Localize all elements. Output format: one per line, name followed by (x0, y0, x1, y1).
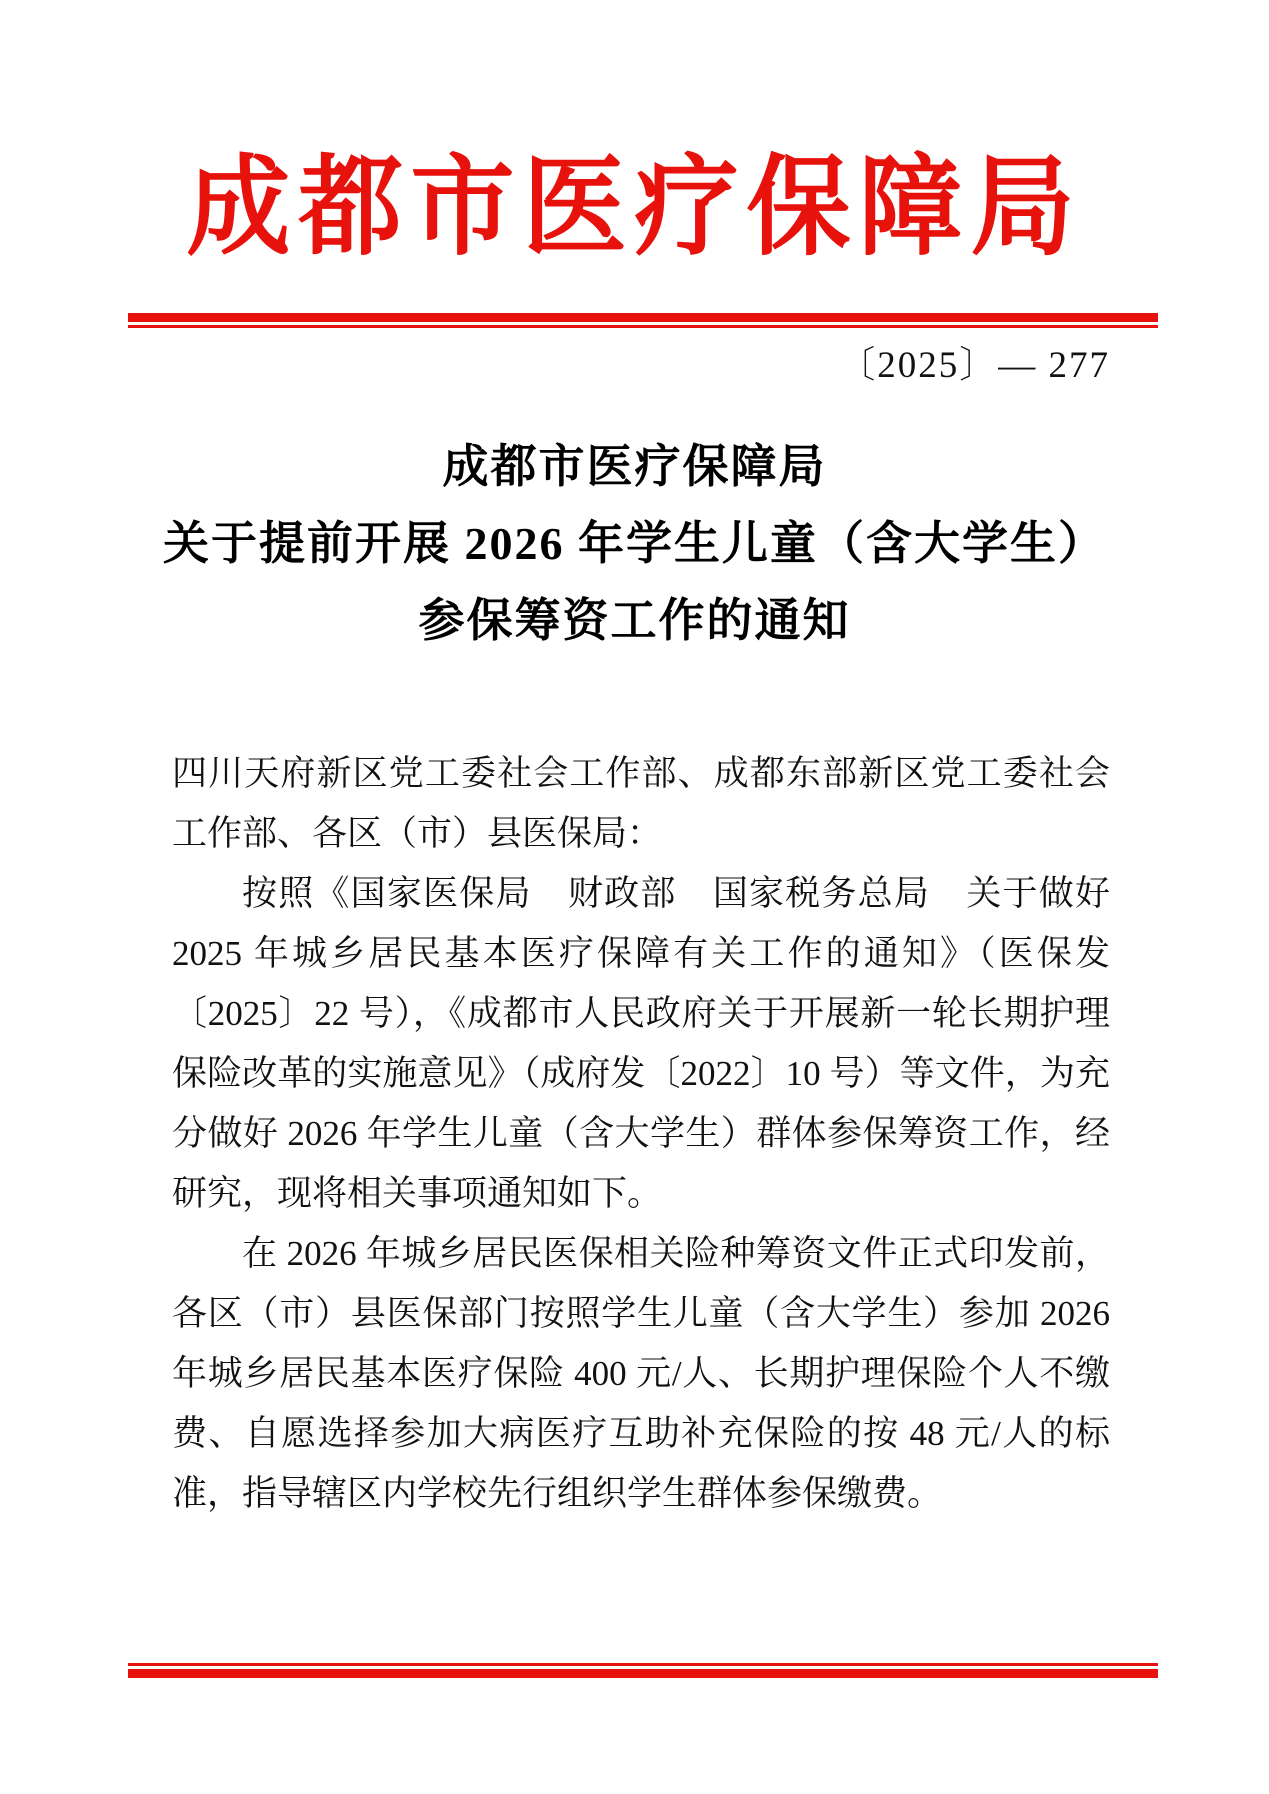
agency-masthead: 成都市医疗保障局 (0, 148, 1269, 270)
body-paragraph-2: 在 2026 年城乡居民医保相关险种筹资文件正式印发前，各区（市）县医保部门按照… (172, 1224, 1110, 1524)
header-rule-thick-bar (128, 313, 1158, 322)
document-title-line3: 参保筹资工作的通知 (0, 582, 1269, 659)
footer-rule-thick-bar (128, 1669, 1158, 1678)
header-rule-thin-bar (128, 325, 1158, 328)
document-title-line1: 成都市医疗保障局 (0, 428, 1269, 505)
document-page: 成都市医疗保障局 〔2025〕— 277 成都市医疗保障局 关于提前开展 202… (0, 0, 1269, 1794)
body-paragraph-1: 按照《国家医保局 财政部 国家税务总局 关于做好 2025 年城乡居民基本医疗保… (172, 864, 1110, 1224)
salutation-line: 四川天府新区党工委社会工作部、成都东部新区党工委社会工作部、各区（市）县医保局： (172, 744, 1110, 864)
document-body: 四川天府新区党工委社会工作部、成都东部新区党工委社会工作部、各区（市）县医保局：… (172, 744, 1110, 1524)
document-title-line2: 关于提前开展 2026 年学生儿童（含大学生） (0, 505, 1269, 582)
document-title: 成都市医疗保障局 关于提前开展 2026 年学生儿童（含大学生） 参保筹资工作的… (0, 428, 1269, 659)
document-number: 〔2025〕— 277 (172, 340, 1110, 392)
footer-rule-thin-bar (128, 1663, 1158, 1666)
header-red-rule (128, 313, 1158, 328)
footer-red-rule (128, 1663, 1158, 1678)
